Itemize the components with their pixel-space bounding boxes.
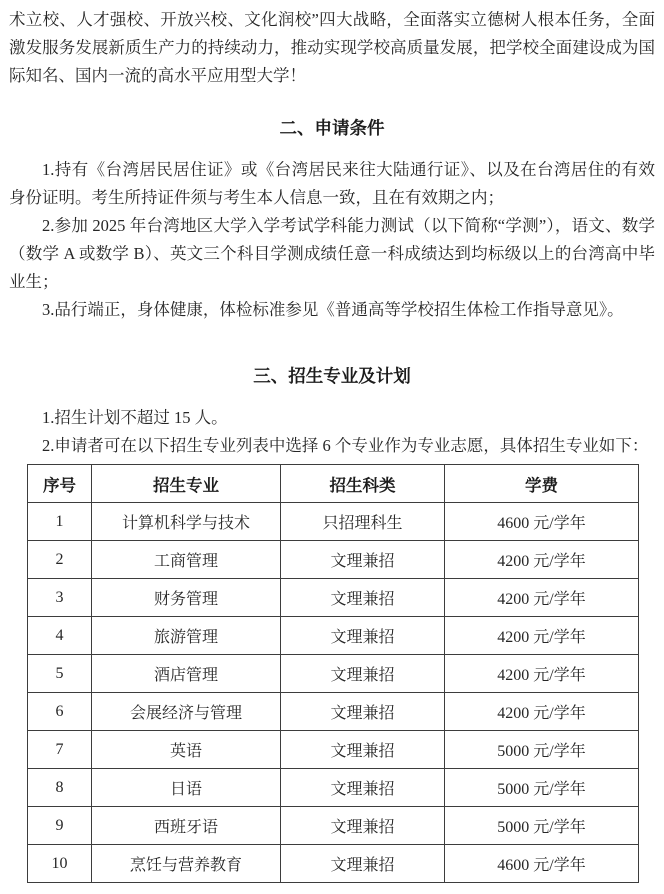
- cell-fee: 5000 元/学年: [445, 731, 639, 769]
- cell-number: 8: [28, 769, 92, 807]
- condition-item-2: 2.参加 2025 年台湾地区大学入学考试学科能力测试（以下简称“学测”），语文…: [9, 212, 655, 296]
- cell-major: 财务管理: [92, 579, 281, 617]
- condition-item-3: 3.品行端正，身体健康，体检标准参见《普通高等学校招生体检工作指导意见》。: [9, 296, 655, 324]
- table-row: 7 英语 文理兼招 5000 元/学年: [28, 731, 639, 769]
- table-row: 9 西班牙语 文理兼招 5000 元/学年: [28, 807, 639, 845]
- cell-fee: 4200 元/学年: [445, 617, 639, 655]
- cell-fee: 5000 元/学年: [445, 807, 639, 845]
- table-row: 4 旅游管理 文理兼招 4200 元/学年: [28, 617, 639, 655]
- intro-paragraph: 术立校、人才强校、开放兴校、文化润校”四大战略，全面落实立德树人根本任务，全面激…: [9, 6, 655, 90]
- table-header-row: 序号 招生专业 招生科类 学费: [28, 465, 639, 503]
- cell-category: 文理兼招: [281, 655, 445, 693]
- cell-category: 文理兼招: [281, 617, 445, 655]
- cell-major: 计算机科学与技术: [92, 503, 281, 541]
- cell-category: 文理兼招: [281, 693, 445, 731]
- cell-major: 西班牙语: [92, 807, 281, 845]
- cell-fee: 5000 元/学年: [445, 769, 639, 807]
- cell-fee: 4600 元/学年: [445, 503, 639, 541]
- cell-category: 只招理科生: [281, 503, 445, 541]
- cell-number: 2: [28, 541, 92, 579]
- cell-number: 5: [28, 655, 92, 693]
- cell-category: 文理兼招: [281, 769, 445, 807]
- table-row: 10 烹饪与营养教育 文理兼招 4600 元/学年: [28, 845, 639, 883]
- cell-major: 工商管理: [92, 541, 281, 579]
- document-page: 术立校、人才强校、开放兴校、文化润校”四大战略，全面落实立德树人根本任务，全面激…: [0, 0, 664, 894]
- cell-number: 7: [28, 731, 92, 769]
- cell-major: 旅游管理: [92, 617, 281, 655]
- cell-category: 文理兼招: [281, 731, 445, 769]
- cell-number: 1: [28, 503, 92, 541]
- cell-major: 日语: [92, 769, 281, 807]
- cell-fee: 4200 元/学年: [445, 693, 639, 731]
- table-row: 6 会展经济与管理 文理兼招 4200 元/学年: [28, 693, 639, 731]
- header-cell-number: 序号: [28, 465, 92, 503]
- cell-fee: 4600 元/学年: [445, 845, 639, 883]
- cell-major: 会展经济与管理: [92, 693, 281, 731]
- cell-number: 3: [28, 579, 92, 617]
- cell-number: 9: [28, 807, 92, 845]
- cell-fee: 4200 元/学年: [445, 655, 639, 693]
- cell-category: 文理兼招: [281, 579, 445, 617]
- cell-category: 文理兼招: [281, 541, 445, 579]
- section-heading-majors-plan: 三、招生专业及计划: [9, 364, 655, 388]
- table-row: 5 酒店管理 文理兼招 4200 元/学年: [28, 655, 639, 693]
- header-cell-major: 招生专业: [92, 465, 281, 503]
- plan-item-2: 2.申请者可在以下招生专业列表中选择 6 个专业作为专业志愿，具体招生专业如下：: [9, 432, 655, 460]
- table-row: 1 计算机科学与技术 只招理科生 4600 元/学年: [28, 503, 639, 541]
- plan-item-1: 1.招生计划不超过 15 人。: [9, 404, 655, 432]
- cell-category: 文理兼招: [281, 807, 445, 845]
- cell-major: 英语: [92, 731, 281, 769]
- cell-fee: 4200 元/学年: [445, 541, 639, 579]
- cell-number: 10: [28, 845, 92, 883]
- cell-category: 文理兼招: [281, 845, 445, 883]
- cell-number: 4: [28, 617, 92, 655]
- header-cell-category: 招生科类: [281, 465, 445, 503]
- cell-major: 烹饪与营养教育: [92, 845, 281, 883]
- table-row: 3 财务管理 文理兼招 4200 元/学年: [28, 579, 639, 617]
- cell-major: 酒店管理: [92, 655, 281, 693]
- table-row: 2 工商管理 文理兼招 4200 元/学年: [28, 541, 639, 579]
- majors-table: 序号 招生专业 招生科类 学费 1 计算机科学与技术 只招理科生 4600 元/…: [27, 464, 639, 883]
- cell-number: 6: [28, 693, 92, 731]
- cell-fee: 4200 元/学年: [445, 579, 639, 617]
- table-row: 8 日语 文理兼招 5000 元/学年: [28, 769, 639, 807]
- condition-item-1: 1.持有《台湾居民居住证》或《台湾居民来往大陆通行证》、以及在台湾居住的有效身份…: [9, 156, 655, 212]
- section-heading-application-conditions: 二、申请条件: [9, 116, 655, 140]
- header-cell-fee: 学费: [445, 465, 639, 503]
